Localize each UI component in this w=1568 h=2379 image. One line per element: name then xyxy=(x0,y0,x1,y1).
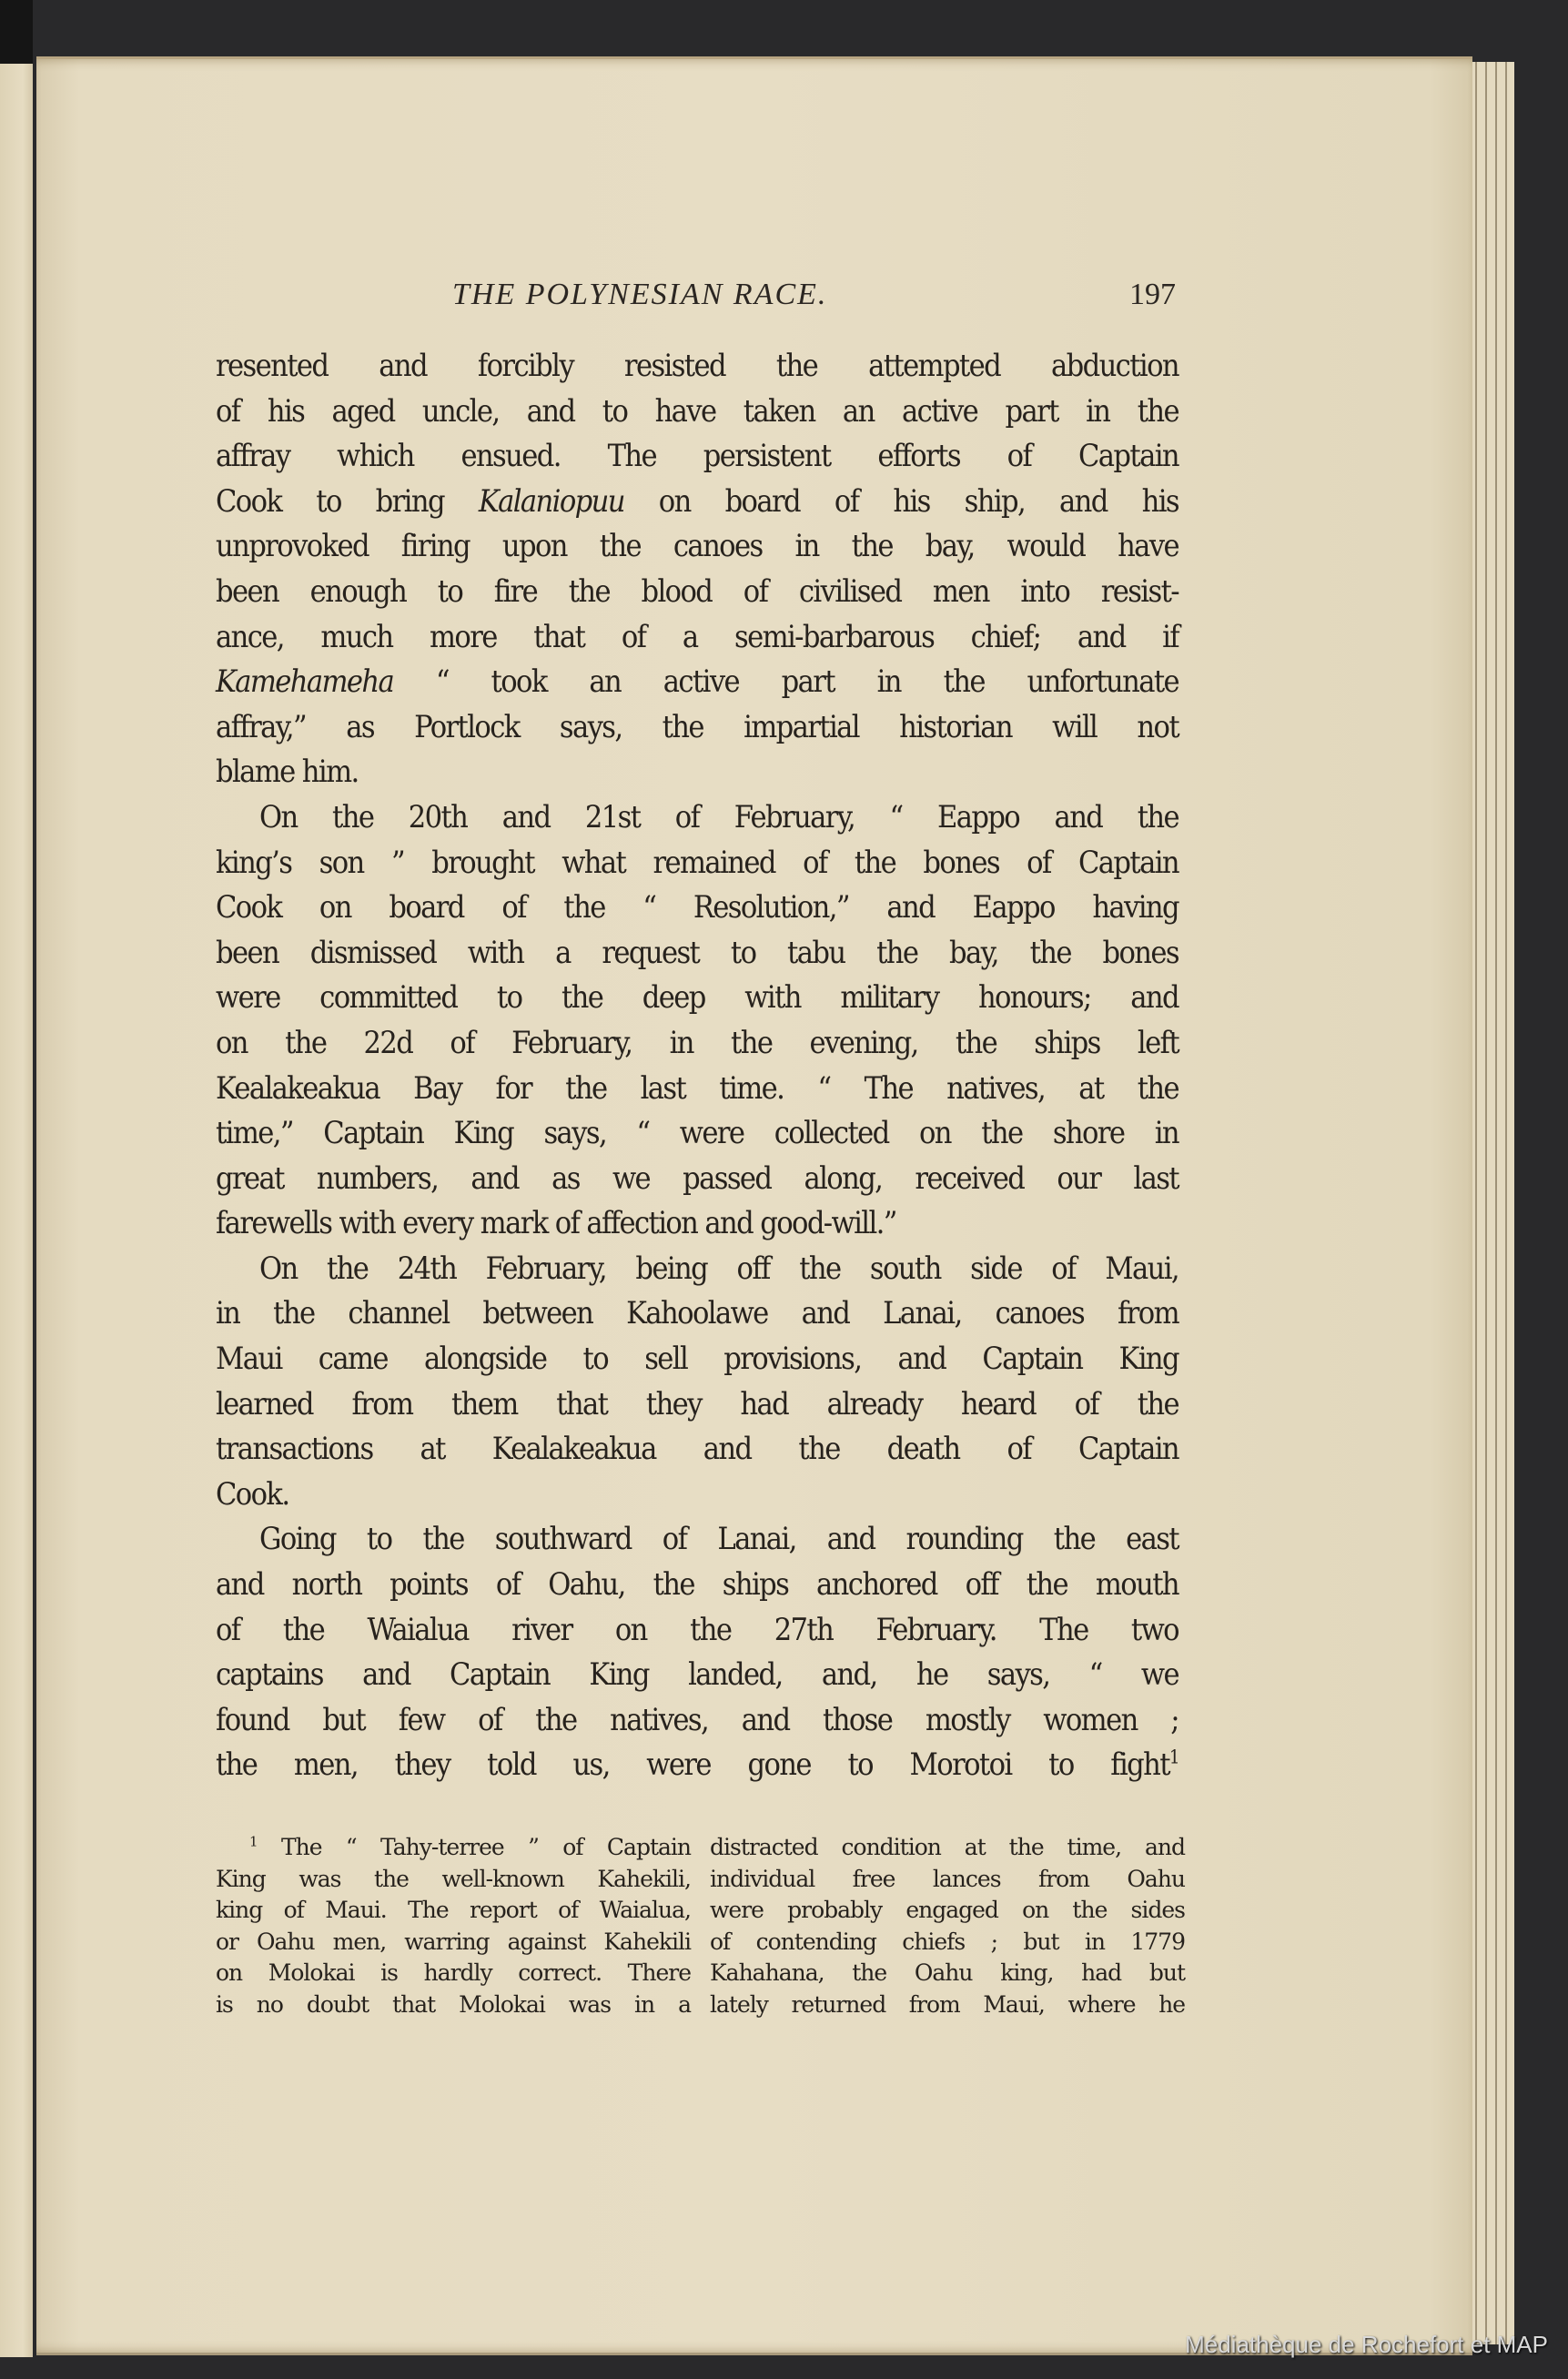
text-line: of his aged uncle, and to have taken an … xyxy=(216,390,1179,435)
footnote-line: of contending chiefs ; but in 1779 xyxy=(710,1927,1185,1959)
text-line: farewells with every mark of affection a… xyxy=(216,1201,1179,1247)
footnote-reference[interactable]: 1 xyxy=(1169,1746,1179,1768)
text-line: been enough to fire the blood of civilis… xyxy=(216,570,1179,615)
footnote-line: is no doubt that Molokai was in a xyxy=(216,1989,691,2021)
text-line: Maui came alongside to sell provisions, … xyxy=(216,1337,1179,1382)
text-line: Kamehameha “ took an active part in the … xyxy=(216,660,1179,705)
footnote-column-right: distracted condition at the time, and in… xyxy=(710,1832,1185,2021)
text-line: in the channel between Kahoolawe and Lan… xyxy=(216,1291,1179,1337)
text-run: on board of his ship, and his xyxy=(624,483,1179,520)
text-line: and north points of Oahu, the ships anch… xyxy=(216,1563,1179,1608)
body-text: resented and forcibly resisted the attem… xyxy=(216,344,1179,1788)
text-line: learned from them that they had already … xyxy=(216,1382,1179,1428)
text-line: of the Waialua river on the 27th Februar… xyxy=(216,1608,1179,1654)
paragraph-start-line: Going to the southward of Lanai, and rou… xyxy=(216,1517,1179,1563)
footnote-line: king of Maui. The report of Waialua, xyxy=(216,1895,691,1927)
running-head: THE POLYNESIAN RACE. 197 xyxy=(216,278,1176,323)
text-line: king’s son ” brought what remained of th… xyxy=(216,841,1179,886)
text-run: “ took an active part in the unfortunate xyxy=(393,663,1179,700)
facing-page-edge xyxy=(0,64,33,2357)
text-line: great numbers, and as we passed along, r… xyxy=(216,1157,1179,1202)
text-line: were committed to the deep with military… xyxy=(216,976,1179,1021)
library-watermark: Médiathèque de Rochefort et MAP xyxy=(1185,2331,1548,2359)
text-line: affray which ensued. The persistent effo… xyxy=(216,434,1179,480)
paragraph-start-line: On the 24th February, being off the sout… xyxy=(216,1247,1179,1292)
text-line: time,” Captain King says, “ were collect… xyxy=(216,1111,1179,1157)
text-line: on the 22d of February, in the evening, … xyxy=(216,1021,1179,1067)
footnote-line: on Molokai is hardly correct. There xyxy=(216,1958,691,1989)
italic-name: Kalaniopuu xyxy=(479,483,624,520)
footnote-line: individual free lances from Oahu xyxy=(710,1864,1185,1896)
text-line: transactions at Kealakeakua and the deat… xyxy=(216,1427,1179,1473)
text-line: Cook on board of the “ Resolution,” and … xyxy=(216,886,1179,931)
text-line: Cook to bring Kalaniopuu on board of his… xyxy=(216,480,1179,525)
text-run: Cook to bring xyxy=(216,483,479,520)
text-run: The “ Tahy-terree ” of Captain xyxy=(281,1834,691,1860)
text-line: ance, much more that of a semi-barbarous… xyxy=(216,615,1179,661)
text-line: been dismissed with a request to tabu th… xyxy=(216,931,1179,977)
text-line: Cook. xyxy=(216,1473,1179,1518)
text-line: the men, they told us, were gone to Moro… xyxy=(216,1743,1179,1788)
footnote-column-left: 1 The “ Tahy-terree ” of Captain King wa… xyxy=(216,1832,691,2021)
text-run: the men, they told us, were gone to Moro… xyxy=(216,1746,1169,1783)
footnote-line: Kahahana, the Oahu king, had but xyxy=(710,1958,1185,1989)
footnote-line: distracted condition at the time, and xyxy=(710,1832,1185,1864)
text-line: found but few of the natives, and those … xyxy=(216,1698,1179,1744)
footnote-line: were probably engaged on the sides xyxy=(710,1895,1185,1927)
text-line: unprovoked firing upon the canoes in the… xyxy=(216,524,1179,570)
footnote-marker: 1 xyxy=(249,1834,258,1850)
paragraph-start-line: On the 20th and 21st of February, “ Eapp… xyxy=(216,795,1179,841)
page-number: 197 xyxy=(1129,278,1176,312)
footnote-line: lately returned from Maui, where he xyxy=(710,1989,1185,2021)
gutter-shadow xyxy=(0,0,33,64)
page-stack-edges xyxy=(1467,62,1514,2344)
italic-name: Kamehameha xyxy=(216,663,393,700)
text-line: Kealakeakua Bay for the last time. “ The… xyxy=(216,1067,1179,1112)
running-title: THE POLYNESIAN RACE. xyxy=(452,278,827,312)
text-line: affray,” as Portlock says, the impartial… xyxy=(216,705,1179,751)
text-line: blame him. xyxy=(216,750,1179,795)
footnotes: 1 The “ Tahy-terree ” of Captain King wa… xyxy=(216,1832,1180,2041)
footnote-line: or Oahu men, warring against Kahekili xyxy=(216,1927,691,1959)
text-line: captains and Captain King landed, and, h… xyxy=(216,1653,1179,1698)
footnote-line: King was the well-known Kahekili, xyxy=(216,1864,691,1896)
text-line: resented and forcibly resisted the attem… xyxy=(216,344,1179,390)
footnote-line: 1 The “ Tahy-terree ” of Captain xyxy=(216,1832,691,1864)
